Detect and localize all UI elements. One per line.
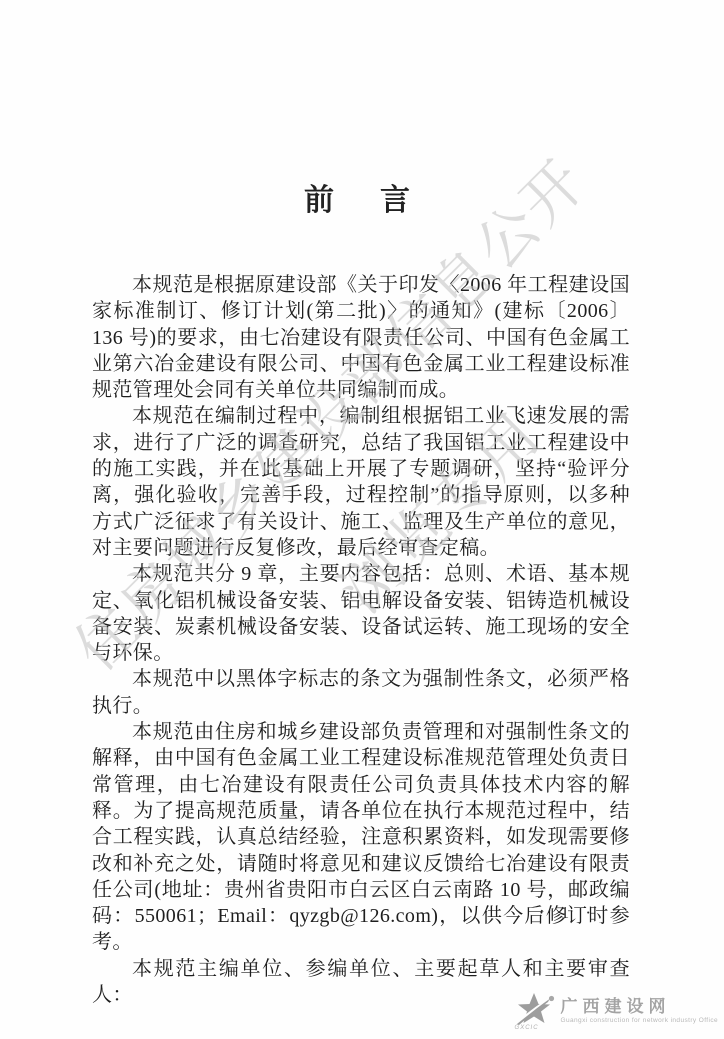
logo-site-name: 广西建设网 bbox=[561, 997, 718, 1016]
page-number: · 1 · bbox=[539, 903, 597, 923]
page-title: 前 言 bbox=[92, 184, 630, 218]
document-body: 本规范是根据原建设部《关于印发〈2006 年工程建设国家标准制订、修订计划(第二… bbox=[92, 272, 630, 1008]
document-page: 住房城乡建设部信息公开 浏览专用 前 言 本规范是根据原建设部《关于印发〈200… bbox=[0, 0, 724, 1039]
star-label: GXCIC bbox=[515, 1025, 539, 1031]
paragraph: 本规范在编制过程中，编制组根据铝工业飞速发展的需求，进行了广泛的调查研究，总结了… bbox=[92, 403, 630, 561]
logo-tagline: Guangxi construction for network industr… bbox=[561, 1017, 718, 1024]
paragraph: 本规范是根据原建设部《关于印发〈2006 年工程建设国家标准制订、修订计划(第二… bbox=[92, 272, 630, 403]
site-logo: GXCIC 广西建设网 Guangxi construction for net… bbox=[511, 987, 718, 1033]
paragraph: 本规范共分 9 章，主要内容包括：总则、术语、基本规定、氧化铝机械设备安装、铝电… bbox=[92, 561, 630, 666]
paragraph: 本规范中以黑体字标志的条文为强制性条文，必须严格执行。 bbox=[92, 666, 630, 719]
